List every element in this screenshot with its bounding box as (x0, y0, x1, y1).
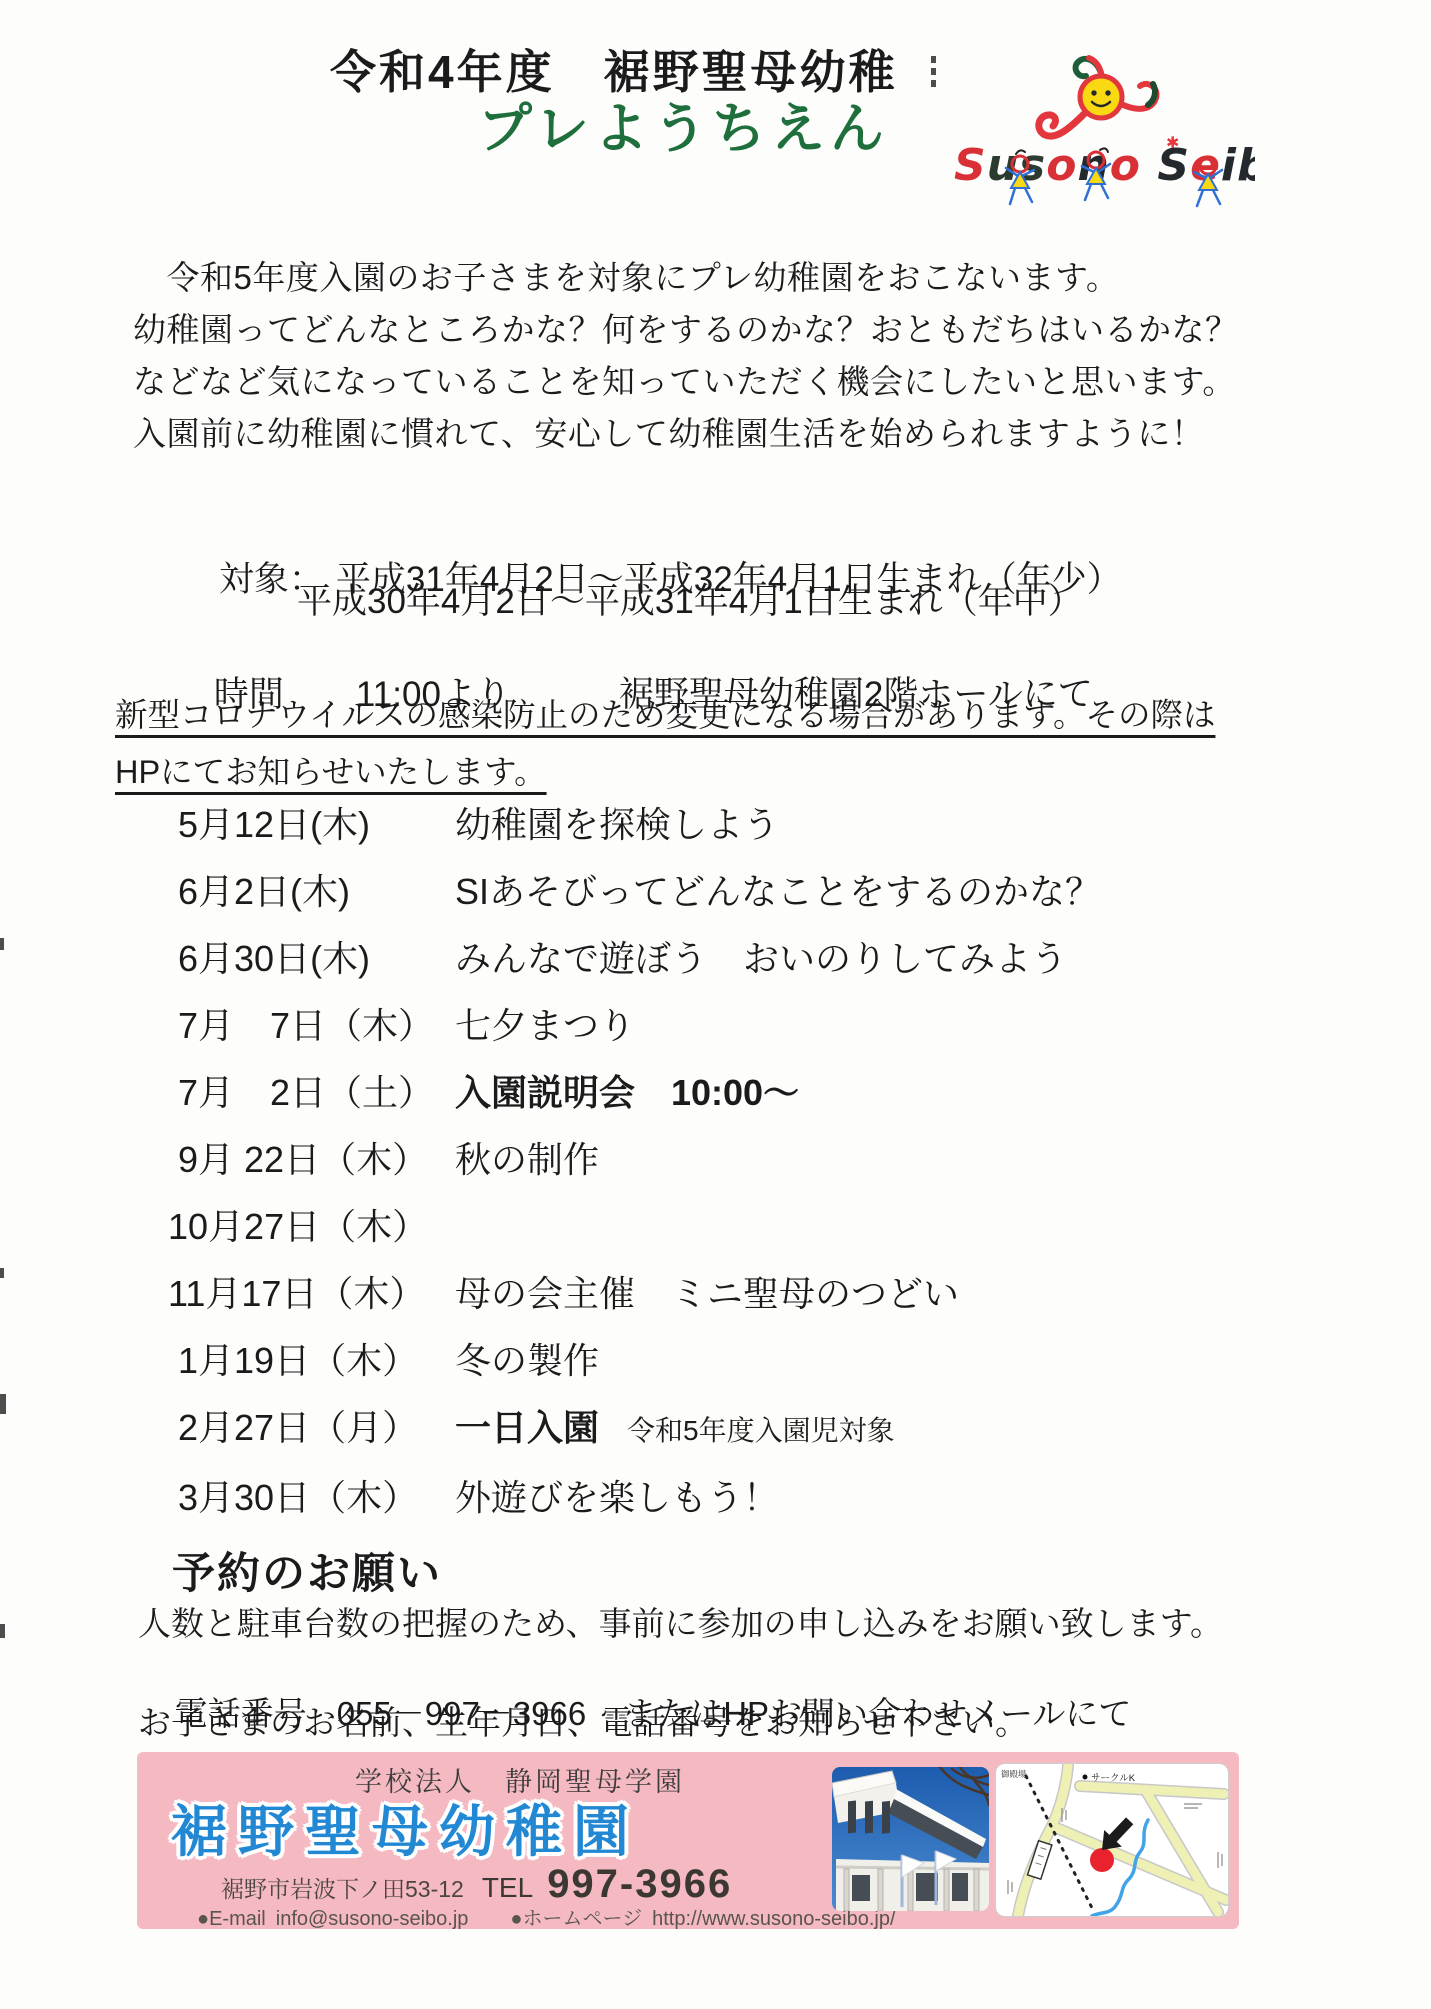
schedule-date: 6月30日(木) (168, 940, 455, 978)
schedule-date: 11月17日（木） (168, 1275, 455, 1313)
schedule-activity: 秋の制作 (455, 1139, 599, 1180)
schedule-row: 10月27日（木） (168, 1208, 1101, 1246)
schedule-activity: 幼稚園を探検しよう (455, 804, 779, 845)
schedule-date: 3月30日（木） (168, 1479, 455, 1517)
schedule-row: 3月30日（木）外遊びを楽しもう！ (168, 1479, 1101, 1517)
intro-line: 幼稚園ってどんなところかな？何をするのかな？おともだちはいるかな？ (133, 304, 1123, 356)
building-photo-icon (832, 1767, 989, 1911)
schedule-date: 2月27日（月） (168, 1409, 455, 1447)
intro-line: 令和5年度入園のお子さまを対象にプレ幼稚園をおこないます。 (133, 252, 1123, 304)
target-line-2: 平成30年4月2日～平成31年4月1日生まれ（年中） (297, 574, 1083, 624)
schedule-row: 6月2日(木)SIあそびってどんなことをするのかな？ (168, 873, 1101, 911)
schedule-activity: 母の会主催 ミニ聖母のつどい (455, 1273, 959, 1314)
map-label-gotemba: 御殿場 (1001, 1769, 1027, 1779)
schedule-date: 6月2日(木) (168, 873, 455, 911)
logo-star-icon: ✱ (1166, 135, 1179, 152)
reservation-line-1: 人数と駐車台数の把握のため、事前に参加の申し込みをお願い致します。 (138, 1598, 1223, 1645)
scan-artifact (0, 1394, 6, 1414)
schedule-date: 1月19日（木） (168, 1342, 455, 1380)
schedule-row: 11月17日（木）母の会主催 ミニ聖母のつどい (168, 1275, 1101, 1313)
tel-number: 997-3966 (547, 1862, 732, 1907)
email-label: ●E-mail (197, 1908, 266, 1931)
schedule-row: 5月12日(木)幼稚園を探検しよう (168, 806, 1101, 844)
footer-banner: 学校法人 静岡聖母学園 裾野聖母幼稚園 裾野市岩波下ノ田53-12 TEL 99… (137, 1752, 1239, 1929)
kindergarten-name: 裾野聖母幼稚園 (171, 1788, 640, 1868)
scanned-flyer-page: 令和4年度 裾野聖母幼稚 プレようちえん Susono Seibo ✱ (0, 0, 1431, 2009)
schedule-row: 7月 2日（土）入園説明会 10:00～ (168, 1074, 1101, 1112)
website-label: ●ホームページ (510, 1902, 642, 1931)
schedule-row: 9月 22日（木）秋の制作 (168, 1141, 1101, 1179)
website-url: http://www.susono-seibo.jp/ (652, 1908, 895, 1931)
covid-note-line-1: 新型コロナウイルスの感染防止のため変更になる場合があります。その際は (115, 690, 1215, 736)
access-map-icon: サークルK 御殿場 (996, 1764, 1228, 1916)
schedule-activity: 入園説明会 10:00～ (455, 1072, 799, 1113)
contact-line: ●E-mail info@susono-seibo.jp ●ホームページ htt… (197, 1902, 896, 1931)
schedule-date: 7月 7日（木） (168, 1007, 455, 1045)
schedule-date: 5月12日(木) (168, 806, 455, 844)
intro-line: 入園前に幼稚園に慣れて、安心して幼稚園生活を始められますように！ (133, 408, 1123, 460)
page-subtitle: プレようちえん (478, 86, 889, 163)
intro-line: などなど気になっていることを知っていただく機会にしたいと思います。 (133, 356, 1123, 408)
schedule-activity: SIあそびってどんなことをするのかな？ (455, 871, 1101, 912)
schedule-row: 7月 7日（木）七夕まつり (168, 1007, 1101, 1045)
reservation-line-3: お子さまのお名前、生年月日、電話番号をお知らせ下さい。 (138, 1697, 1028, 1744)
scan-artifact (931, 68, 936, 75)
schedule-date: 9月 22日（木） (168, 1141, 455, 1179)
schedule-date: 10月27日（木） (168, 1208, 455, 1246)
schedule-row: 6月30日(木)みんなで遊ぼう おいのりしてみよう (168, 940, 1101, 978)
address: 裾野市岩波下ノ田53-12 (221, 1871, 464, 1904)
schedule-activity: 冬の製作 (455, 1340, 599, 1381)
schedule-activity: みんなで遊ぼう おいのりしてみよう (455, 938, 1067, 979)
schedule-activity: 外遊びを楽しもう！ (455, 1477, 779, 1518)
tel-label: TEL (482, 1872, 533, 1904)
intro-paragraph: 令和5年度入園のお子さまを対象にプレ幼稚園をおこないます。 幼稚園ってどんなとこ… (133, 252, 1123, 460)
email-address: info@susono-seibo.jp (276, 1908, 469, 1931)
reservation-heading: 予約のお願い (172, 1540, 442, 1601)
scan-artifact (0, 1624, 5, 1638)
schedule-activity-note: 令和5年度入園児対象 (627, 1415, 895, 1446)
access-map: サークルK 御殿場 (995, 1763, 1229, 1917)
scan-artifact (0, 1268, 4, 1278)
scan-artifact (931, 56, 936, 63)
schedule-row: 2月27日（月）一日入園令和5年度入園児対象 (168, 1409, 1101, 1450)
schedule-activity: 一日入園 (455, 1407, 599, 1448)
map-label-circle-k: サークルK (1091, 1773, 1136, 1784)
schedule-activity: 七夕まつり (455, 1005, 635, 1046)
susono-seibo-logo: Susono Seibo ✱ (950, 48, 1255, 220)
address-line: 裾野市岩波下ノ田53-12 TEL 997-3966 (221, 1862, 732, 1907)
schedule-list: 5月12日(木)幼稚園を探検しよう 6月2日(木)SIあそびってどんなことをする… (168, 806, 1101, 1546)
covid-note-line-2: HPにてお知らせいたします。 (115, 747, 547, 793)
logo-illustration-icon: Susono Seibo ✱ (950, 48, 1255, 220)
kindergarten-photo (832, 1767, 989, 1911)
swirl-face-icon (1039, 58, 1157, 136)
scan-artifact (0, 938, 4, 950)
schedule-date: 7月 2日（土） (168, 1074, 455, 1112)
scan-artifact (931, 80, 936, 87)
schedule-row: 1月19日（木）冬の製作 (168, 1342, 1101, 1380)
